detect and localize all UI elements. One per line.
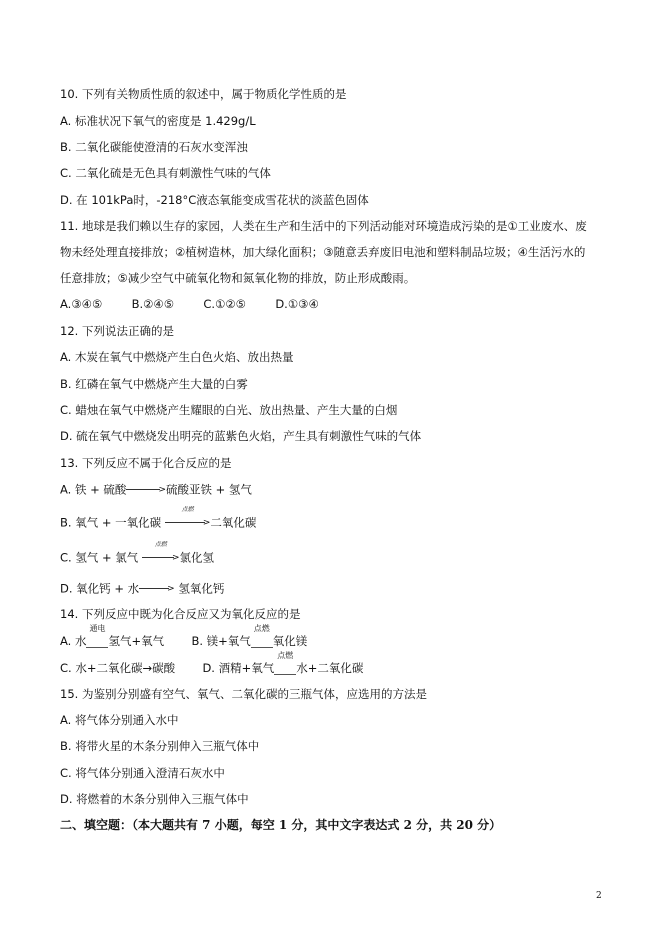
option-label: D. (60, 792, 73, 806)
option-text: 二氧化碳能使澄清的石灰水变浑浊 (75, 140, 248, 154)
equation-right: 硫酸亚铁 + 氢气 (166, 483, 252, 497)
question-10-option-b: B. 二氧化碳能使澄清的石灰水变浑浊 (60, 140, 248, 154)
option-text: 木炭在氧气中燃烧产生白色火焰、放出热量 (75, 350, 294, 364)
question-10-option-a: A. 标准状况下氧气的密度是 1.429g/L (60, 114, 256, 128)
option-a: A. 水通电氢气+氧气 (60, 634, 168, 648)
question-11-stem-line-2: 物未经处理直接排放；②植树造林，加大绿化面积；③随意丢弃废旧电池和塑料制品垃圾；… (60, 245, 585, 259)
option-text: 将气体分别通入水中 (75, 713, 179, 727)
option-label: A. (60, 297, 71, 311)
question-number: 12. (60, 324, 78, 338)
equation-left: 氢气 + 氯气 (75, 551, 138, 565)
option-d: D. 酒精+氧气点燃水+二氧化碳 (202, 661, 363, 675)
question-11-stem-line-1: 11. 地球是我们赖以生存的家园，人类在生产和生活中的下列活动能对环境造成污染的… (60, 219, 587, 233)
question-15-option-d: D. 将燃着的木条分别伸入三瓶气体中 (60, 792, 249, 806)
question-number: 13. (60, 456, 78, 470)
option-text: ③④⑤ (71, 297, 102, 311)
option-label: A. (60, 634, 71, 648)
equation-left: 镁+氧气 (207, 634, 251, 648)
question-text: 下列反应中既为化合反应又为氧化反应的是 (82, 607, 301, 621)
equation-left: 氧化钙 + 水 (76, 582, 139, 596)
question-14-stem: 14. 下列反应中既为化合反应又为氧化反应的是 (60, 607, 300, 621)
question-text: 地球是我们赖以生存的家园，人类在生产和生活中的下列活动能对环境造成污染的是①工业… (82, 219, 587, 233)
option-text: 蜡烛在氧气中燃烧产生耀眼的白光、放出热量、产生大量的白烟 (75, 403, 397, 417)
question-14-options-row-1: A. 水通电氢气+氧气 B. 镁+氧气点燃氧化镁 (60, 634, 307, 649)
question-text: 任意排放；⑤减少空气中硫氧化物和氮氧化物的排放，防止形成酸雨。 (60, 271, 415, 285)
option-text: 将燃着的木条分别伸入三瓶气体中 (76, 792, 249, 806)
option-label: A. (60, 483, 71, 497)
question-number: 15. (60, 687, 78, 701)
option-label: C. (60, 403, 72, 417)
option-label: A. (60, 350, 71, 364)
option-label: B. (132, 297, 144, 311)
option-label: B. (60, 140, 72, 154)
question-13-option-b: B. 氧气 + 一氧化碳 点燃>二氧化碳 (60, 515, 256, 531)
question-14-options-row-2: C. 水+二氧化碳→碳酸 D. 酒精+氧气点燃水+二氧化碳 (60, 661, 363, 676)
question-text: 下列反应不属于化合反应的是 (82, 456, 232, 470)
reaction-arrow-icon: 点燃> (142, 550, 180, 566)
question-11-stem-line-3: 任意排放；⑤减少空气中硫氧化物和氮氧化物的排放，防止形成酸雨。 (60, 271, 415, 285)
equation-left: 氧气 + 一氧化碳 (75, 516, 161, 530)
reaction-arrow-icon: → (142, 661, 152, 675)
question-12-option-a: A. 木炭在氧气中燃烧产生白色火焰、放出热量 (60, 350, 293, 364)
equation-right: 二氧化碳 (210, 516, 256, 530)
option-label: A. (60, 114, 71, 128)
reaction-arrow-icon: 通电 (86, 635, 108, 649)
option-label: D. (275, 297, 288, 311)
equation-right: 水+二氧化碳 (296, 661, 363, 675)
equation-left: 酒精+氧气 (219, 661, 275, 675)
question-11-options: A.③④⑤ B.②④⑤ C.①②⑤ D.①③④ (60, 297, 319, 311)
page-number: 2 (596, 891, 602, 901)
option-label: C. (60, 661, 72, 675)
option-text: 硫在氧气中燃烧发出明亮的蓝紫色火焰，产生具有刺激性气味的气体 (76, 429, 421, 443)
reaction-condition: 点燃 (274, 652, 296, 660)
question-text: 物未经处理直接排放；②植树造林，加大绿化面积；③随意丢弃废旧电池和塑料制品垃圾；… (60, 245, 585, 259)
option-label: C. (60, 166, 72, 180)
option-label: C. (203, 297, 215, 311)
reaction-arrow-icon: > (139, 581, 175, 597)
question-10-option-d: D. 在 101kPa时，-218°C液态氧能变成雪花状的淡蓝色固体 (60, 193, 369, 207)
option-label: B. (191, 634, 203, 648)
option-d: D.①③④ (275, 297, 318, 311)
question-13-stem: 13. 下列反应不属于化合反应的是 (60, 456, 231, 470)
reaction-arrow-icon: 点燃> (165, 515, 211, 531)
option-label: D. (60, 193, 73, 207)
option-label: D. (202, 661, 215, 675)
question-12-option-c: C. 蜡烛在氧气中燃烧产生耀眼的白光、放出热量、产生大量的白烟 (60, 403, 397, 417)
question-text: 下列说法正确的是 (82, 324, 174, 338)
question-12-stem: 12. 下列说法正确的是 (60, 324, 174, 338)
option-text: 将带火星的木条分别伸入三瓶气体中 (75, 739, 259, 753)
option-label: A. (60, 713, 71, 727)
option-text: 红磷在氧气中燃烧产生大量的白雾 (75, 377, 248, 391)
question-13-option-c: C. 氢气 + 氯气 点燃>氯化氢 (60, 550, 214, 566)
option-label: D. (60, 429, 73, 443)
option-text: 标准状况下氧气的密度是 1.429g/L (75, 114, 256, 128)
question-10-option-c: C. 二氧化硫是无色具有刺激性气味的气体 (60, 166, 271, 180)
question-13-option-d: D. 氧化钙 + 水> 氢氧化钙 (60, 581, 224, 597)
question-number: 10. (60, 87, 78, 101)
option-label: C. (60, 551, 72, 565)
section-heading: 二、填空题：（本大题共有 7 小题，每空 1 分，其中文字表达式 2 分，共 2… (60, 818, 501, 832)
option-text: ①②⑤ (215, 297, 246, 311)
question-15-stem: 15. 为鉴别分别盛有空气、氧气、二氧化碳的三瓶气体，应选用的方法是 (60, 687, 427, 701)
option-text: 将气体分别通入澄清石灰水中 (75, 766, 225, 780)
reaction-condition: 点燃 (165, 506, 211, 514)
reaction-arrow-icon: 点燃 (251, 635, 273, 649)
question-10-stem: 10. 下列有关物质性质的叙述中，属于物质化学性质的是 (60, 87, 346, 101)
option-text: 在 101kPa时，-218°C液态氧能变成雪花状的淡蓝色固体 (76, 193, 369, 207)
option-label: D. (60, 582, 73, 596)
option-a: A.③④⑤ (60, 297, 106, 311)
reaction-arrow-icon: > (126, 482, 166, 498)
question-15-option-c: C. 将气体分别通入澄清石灰水中 (60, 766, 225, 780)
question-13-option-a: A. 铁 + 硫酸>硫酸亚铁 + 氢气 (60, 482, 252, 498)
option-text: ②④⑤ (143, 297, 174, 311)
option-c: C. 水+二氧化碳→碳酸 (60, 661, 179, 675)
option-text: 二氧化硫是无色具有刺激性气味的气体 (75, 166, 271, 180)
equation-right: 氢气+氧气 (108, 634, 164, 648)
equation-right: 氧化镁 (273, 634, 308, 648)
question-15-option-a: A. 将气体分别通入水中 (60, 713, 178, 727)
equation-left: 铁 + 硫酸 (75, 483, 126, 497)
document-page: 10. 下列有关物质性质的叙述中，属于物质化学性质的是 A. 标准状况下氧气的密… (0, 0, 661, 935)
equation-left: 水+二氧化碳 (75, 661, 142, 675)
reaction-condition: 点燃 (142, 541, 180, 549)
question-number: 14. (60, 607, 78, 621)
reaction-condition: 通电 (86, 625, 108, 633)
option-b: B. 镁+氧气点燃氧化镁 (191, 634, 307, 648)
option-b: B.②④⑤ (132, 297, 178, 311)
option-c: C.①②⑤ (203, 297, 249, 311)
question-12-option-b: B. 红磷在氧气中燃烧产生大量的白雾 (60, 377, 248, 391)
equation-right: 氢氧化钙 (178, 582, 224, 596)
reaction-condition: 点燃 (251, 625, 273, 633)
equation-right: 碳酸 (152, 661, 175, 675)
option-label: B. (60, 516, 72, 530)
question-12-option-d: D. 硫在氧气中燃烧发出明亮的蓝紫色火焰，产生具有刺激性气味的气体 (60, 429, 421, 443)
question-text: 下列有关物质性质的叙述中，属于物质化学性质的是 (82, 87, 347, 101)
equation-left: 水 (75, 634, 87, 648)
question-text: 为鉴别分别盛有空气、氧气、二氧化碳的三瓶气体，应选用的方法是 (82, 687, 427, 701)
question-15-option-b: B. 将带火星的木条分别伸入三瓶气体中 (60, 739, 259, 753)
equation-right: 氯化氢 (180, 551, 215, 565)
option-label: B. (60, 739, 72, 753)
reaction-arrow-icon: 点燃 (274, 662, 296, 676)
option-text: ①③④ (288, 297, 319, 311)
option-label: C. (60, 766, 72, 780)
question-number: 11. (60, 219, 78, 233)
option-label: B. (60, 377, 72, 391)
